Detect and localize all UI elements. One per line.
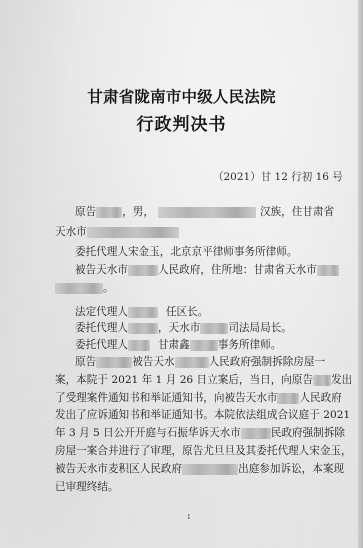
defendant-line-2: 。 xyxy=(55,281,114,295)
redacted-block xyxy=(96,357,132,368)
text: 民政府强制拆除 xyxy=(271,427,345,439)
redacted-block xyxy=(241,428,271,439)
text: 年 3 月 5 日公开开庭与石振华诉天水市 xyxy=(55,427,241,439)
text: 发出 xyxy=(331,374,352,386)
defendant-line-1: 被告天水市人民政府，住所地：甘肃省天水市 xyxy=(75,263,339,277)
text: 甘肃鑫 xyxy=(158,339,190,351)
label: 原告 xyxy=(75,206,96,218)
body-line-7: 被告天水市麦积区人民政府出庭参加诉讼，本案现 xyxy=(55,462,344,476)
text: 委托代理人 xyxy=(75,322,128,334)
text: 人民政府 xyxy=(299,392,341,404)
agent-2-line: 委托代理人甘肃鑫事务所律师。 xyxy=(75,338,281,352)
plaintiff-line-1: 原告，男，汉族，住甘肃省 xyxy=(75,205,334,219)
redacted-block xyxy=(313,375,331,386)
body-line-6: 房屋一案合并进行了审理，原告尤旦旦及其委托代理人宋金玉， xyxy=(55,444,352,458)
text: 被告天水市 xyxy=(75,264,128,276)
text: 任区长。 xyxy=(166,306,208,318)
redacted-block xyxy=(158,207,256,218)
text: 委托代理人 xyxy=(75,339,128,351)
body-line-4: 发出了应诉通知书和举证通知书。本院依法组成合议庭于 2021 xyxy=(55,408,350,422)
redacted-block xyxy=(190,340,218,351)
body-line-8: 已审理终结。 xyxy=(55,480,119,494)
redacted-block xyxy=(128,340,150,351)
case-number: （2021）甘 12 行初 16 号 xyxy=(213,169,343,184)
text: ，男， xyxy=(122,206,154,218)
text: 汉族，住甘肃省 xyxy=(260,206,334,218)
text: 被告天水市麦积区人民政府 xyxy=(55,463,182,475)
redacted-block xyxy=(175,357,209,368)
redacted-block xyxy=(182,464,238,475)
legal-representative-line: 法定代理人任区长。 xyxy=(75,305,208,319)
body-line-1: 原告被告天水人民政府强制拆除房屋一 xyxy=(75,355,325,369)
plaintiff-line-2: 天水市 xyxy=(55,225,179,239)
text: 人民政府强制拆除房屋一 xyxy=(209,356,326,368)
redacted-block xyxy=(128,323,158,334)
page-edge xyxy=(358,0,363,548)
redacted-block xyxy=(317,265,339,276)
redacted-block xyxy=(128,307,158,318)
body-line-5: 年 3 月 5 日公开开庭与石振华诉天水市民政府强制拆除 xyxy=(55,426,345,440)
text: 人民政府，住所地：甘肃省天水市 xyxy=(158,264,317,276)
text: 天水市 xyxy=(55,226,87,238)
document-type-heading: 行政判决书 xyxy=(0,110,363,135)
body-line-2: 案，本院于 2021 年 1 月 26 日立案后，当日，向原告发出 xyxy=(55,373,352,387)
redacted-block xyxy=(128,265,158,276)
text: 事务所律师。 xyxy=(218,339,282,351)
body-line-3: 了受理案件通知书和举证通知书，向被告天水市人民政府 xyxy=(55,391,342,405)
text: 被告天水 xyxy=(132,356,174,368)
text: 案，本院于 2021 年 1 月 26 日立案后，当日，向原告 xyxy=(55,374,313,386)
text: 原告 xyxy=(75,356,96,368)
text: 法定代理人 xyxy=(75,306,128,318)
page-number: 1 xyxy=(187,514,191,521)
agent-1-line: 委托代理人，天水市司法局局长。 xyxy=(75,321,292,335)
text: 出庭参加诉讼，本案现 xyxy=(238,463,344,475)
court-name-heading: 甘肃省陇南市中级人民法院 xyxy=(0,85,363,107)
text: 。 xyxy=(103,282,114,294)
plaintiff-agent-line: 委托代理人宋金玉，北京京平律师事务所律师。 xyxy=(75,245,297,259)
redacted-block xyxy=(87,227,179,238)
redacted-block xyxy=(200,323,228,334)
text: ，天水市 xyxy=(158,322,200,334)
redacted-block xyxy=(55,283,103,294)
redacted-block xyxy=(96,207,122,218)
redacted-block xyxy=(277,393,299,404)
text: 司法局局长。 xyxy=(228,322,292,334)
text: 了受理案件通知书和举证通知书，向被告天水市 xyxy=(55,392,277,404)
